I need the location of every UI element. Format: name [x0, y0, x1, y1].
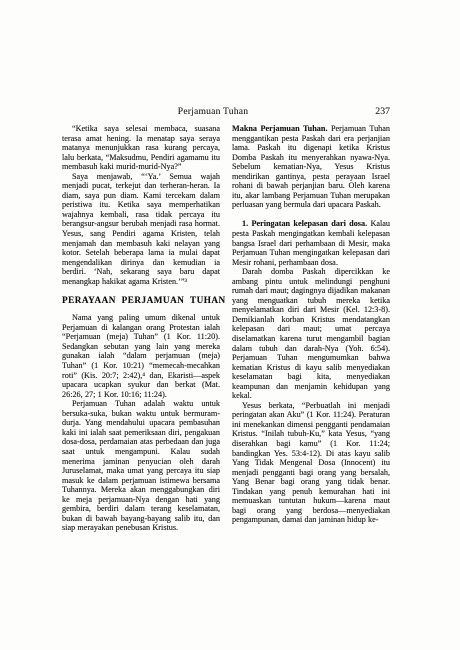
paragraph-right-2: 1. Peringatan kelepasan dari dosa. Kalau…	[232, 219, 390, 267]
paragraph-right-1-lead: Makna Perjamuan Tuhan.	[232, 124, 328, 133]
paragraph-left-4: Perjamuan Tuhan adalah waktu untuk bersu…	[62, 399, 220, 533]
paragraph-left-3: Nama yang paling umum dikenal untuk Perj…	[62, 313, 220, 399]
paragraph-left-1: “Ketika saya selesai membaca, suasana te…	[62, 124, 220, 172]
paragraph-right-2-lead: 1. Peringatan kelepasan dari dosa.	[242, 219, 367, 228]
running-head: Perjamuan Tuhan 237	[62, 106, 390, 120]
text-columns: “Ketika saya selesai membaca, suasana te…	[62, 124, 390, 533]
paragraph-right-4: Yesus berkata, “Perbuatlah ini menjadi p…	[232, 401, 390, 525]
right-column: Makna Perjamuan Tuhan. Perjamuan Tuhan m…	[232, 124, 390, 533]
paragraph-left-2: Saya menjawab, “‘Ya.’ Semua wajah menjad…	[62, 172, 220, 287]
running-head-title: Perjamuan Tuhan	[62, 106, 364, 117]
paragraph-right-1: Makna Perjamuan Tuhan. Perjamuan Tuhan m…	[232, 124, 390, 210]
left-column: “Ketika saya selesai membaca, suasana te…	[62, 124, 220, 533]
section-heading: PERAYAAN PERJAMUAN TUHAN	[62, 295, 220, 305]
paragraph-right-1-body: Perjamuan Tuhan menggantikan pesta Paska…	[232, 124, 390, 209]
page-number: 237	[375, 106, 390, 117]
book-page: Perjamuan Tuhan 237 “Ketika saya selesai…	[0, 0, 460, 650]
paragraph-right-3: Darah domba Paskah dipercikkan ke ambang…	[232, 267, 390, 401]
